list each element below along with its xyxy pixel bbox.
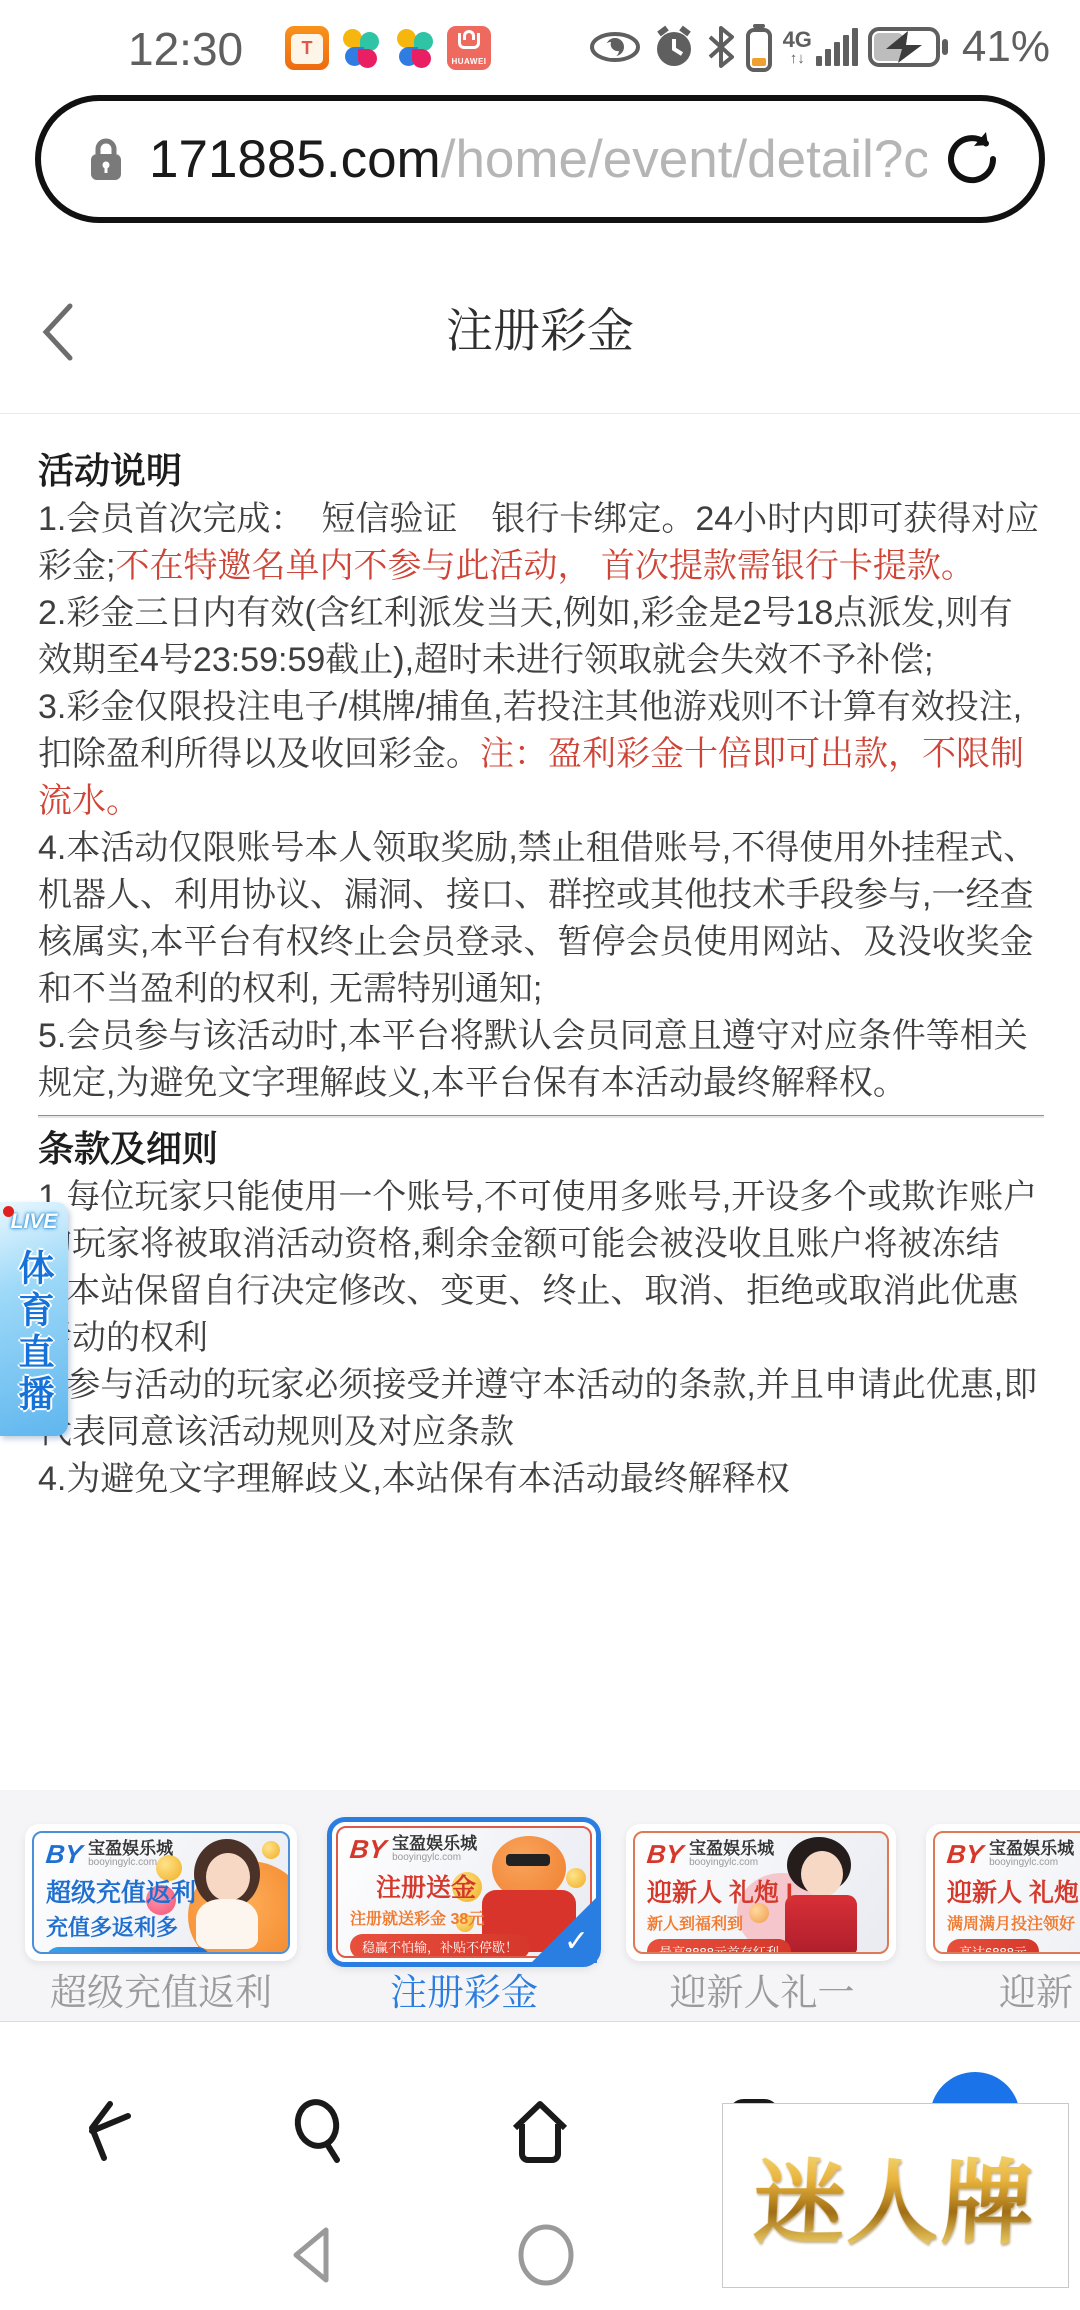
battery-charging-icon	[868, 23, 952, 71]
term-paragraph: 3.参与活动的玩家必须接受并遵守本活动的条款,并且申请此优惠,即代表同意该活动规…	[38, 1362, 1044, 1456]
live-label: LIVE	[0, 1210, 68, 1234]
banner-register-bonus-selected[interactable]: BY 宝盈娱乐城booyingylc.com 注册送金 注册就送彩金 38元 稳…	[327, 1817, 601, 1967]
clock-time: 12:30	[128, 22, 243, 76]
browser-home-button[interactable]	[492, 2083, 588, 2179]
rule-paragraph: 3.彩金仅限投注电子/棋牌/捕鱼,若投注其他游戏则不计算有效投注,扣除盈利所得以…	[38, 684, 1044, 825]
rule-paragraph: 2.彩金三日内有效(含红利派发当天,例如,彩金是2号18点派发,则有效期至4号2…	[38, 590, 1044, 684]
promo-carousel: BY 宝盈娱乐城booyingylc.com 超级充值返利 充值多返利多 最高单…	[0, 1790, 1080, 2022]
battery-percent: 41%	[962, 22, 1050, 72]
label-register-bonus[interactable]: 注册彩金	[390, 1962, 538, 2016]
brand-logo: BY	[945, 1839, 984, 1870]
banner-super-rebate[interactable]: BY 宝盈娱乐城booyingylc.com 超级充值返利 充值多返利多 最高单…	[25, 1824, 297, 1961]
event-rules-content: 活动说明 1.会员首次完成： 短信验证 银行卡绑定。24小时内即可获得对应彩金;…	[38, 446, 1044, 1503]
nav-back-triangle[interactable]	[282, 2222, 342, 2288]
term-paragraph: 2.本站保留自行决定修改、变更、终止、取消、拒绝或取消此优惠活动的权利	[38, 1268, 1044, 1362]
device-battery-icon	[745, 22, 773, 72]
brand-logo: BY	[645, 1839, 684, 1870]
section-title-activity: 活动说明	[38, 446, 1044, 496]
banner-newcomer-gift-1[interactable]: BY 宝盈娱乐城booyingylc.com 迎新人 礼炮 I 新人到福利到 最…	[626, 1824, 896, 1961]
status-bar: 12:30 T HUAWEI 4G ↑↓ 41%	[0, 0, 1080, 90]
eye-comfort-icon	[589, 27, 641, 67]
live-dot	[3, 1206, 14, 1217]
pinwheel-app-icon	[393, 26, 437, 70]
alarm-icon	[651, 24, 697, 70]
red-packet-app-icon: T	[285, 26, 329, 70]
page-title: 注册彩金	[0, 294, 1080, 361]
rule-paragraph: 5.会员参与该活动时,本平台将默认会员同意且遵守对应条件等相关规定,为避免文字理…	[38, 1013, 1044, 1107]
label-super-rebate[interactable]: 超级充值返利	[50, 1962, 272, 2016]
url-domain: 171885.com	[149, 129, 441, 190]
back-arrow-icon	[64, 2088, 150, 2174]
term-paragraph: 1.每位玩家只能使用一个账号,不可使用多账号,开设多个或欺诈账户的玩家将被取消活…	[38, 1174, 1044, 1268]
search-icon	[277, 2088, 363, 2174]
carousel-labels: 超级充值返利 注册彩金 迎新人礼一 迎新	[0, 1962, 1080, 2012]
term-paragraph: 4.为避免文字理解歧义,本站保有本活动最终解释权	[38, 1456, 1044, 1503]
url-bar[interactable]: 171885.com/home/event/detail?cu	[35, 95, 1045, 223]
appgallery-icon: HUAWEI	[447, 26, 491, 70]
section-divider	[38, 1115, 1044, 1118]
screen: 12:30 T HUAWEI 4G ↑↓ 41% 1	[0, 0, 1080, 2310]
url-path: /home/event/detail?cu	[441, 129, 927, 190]
page-header: 注册彩金	[0, 250, 1080, 414]
rule-paragraph: 1.会员首次完成： 短信验证 银行卡绑定。24小时内即可获得对应彩金;不在特邀名…	[38, 496, 1044, 590]
reload-icon[interactable]	[941, 128, 1003, 190]
brand-logo: BY	[44, 1839, 83, 1870]
section-title-terms: 条款及细则	[38, 1124, 1044, 1174]
notification-icons: T HUAWEI	[285, 26, 491, 70]
bluetooth-icon	[707, 24, 735, 70]
address-text[interactable]: 171885.com/home/event/detail?cu	[149, 129, 927, 190]
pinwheel-app-icon	[339, 26, 383, 70]
popup-ad[interactable]: 迷人牌	[722, 2103, 1069, 2288]
popup-brand-text: 迷人牌	[751, 2130, 1040, 2262]
brand-logo: BY	[348, 1834, 387, 1865]
lock-icon	[89, 136, 123, 182]
label-newcomer-2[interactable]: 迎新	[999, 1962, 1073, 2016]
browser-back-button[interactable]	[59, 2083, 155, 2179]
status-icons: 4G ↑↓ 41%	[589, 22, 1050, 72]
label-newcomer-1[interactable]: 迎新人礼一	[670, 1962, 855, 2016]
banner-newcomer-gift-2[interactable]: BY 宝盈娱乐城booyingylc.com 迎新人 礼炮 II 满周满月投注领…	[926, 1824, 1080, 1961]
sports-live-vertical-label: 体育直播	[0, 1238, 68, 1428]
home-icon	[497, 2088, 583, 2174]
live-sports-float-badge[interactable]: LIVE 体育直播	[0, 1202, 68, 1436]
rule-paragraph: 4.本活动仅限账号本人领取奖励,禁止租借账号,不得使用外挂程式、机器人、利用协议…	[38, 825, 1044, 1013]
nav-home-circle[interactable]	[515, 2222, 577, 2288]
browser-search-button[interactable]	[272, 2083, 368, 2179]
signal-4g-icon: 4G ↑↓	[783, 28, 858, 66]
